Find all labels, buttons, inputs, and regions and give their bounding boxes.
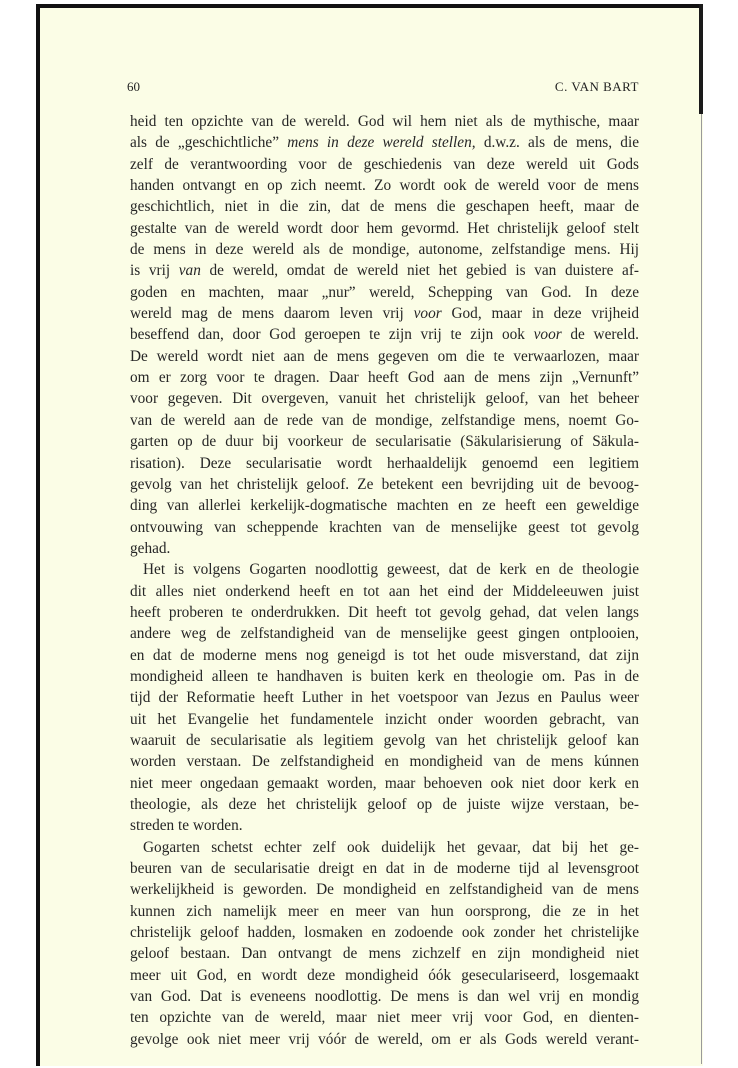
text-line: Het is volgens Gogarten noodlottig gewee… [130,559,639,580]
text-segment: d.w.z. als de mens, die [476,134,639,151]
text-segment: ding van allerlei kerkelijk-dogmatische … [130,497,639,514]
text-segment: gevolge ook niet meer vrij vóór de werel… [130,1031,639,1048]
text-segment: waaruit de secularisatie als legitiem ge… [130,732,639,749]
text-segment: heeft proberen te onderdrukken. Dit heef… [130,604,639,621]
text-line: van God. Dat is eveneens noodlottig. De … [130,986,639,1007]
text-line: geloof bestaan. Dan ontvangt de mens zic… [130,943,639,964]
text-line: gevolg van het christelijk geloof. Ze be… [130,474,639,495]
text-segment: werkelijkheid is geworden. De mondigheid… [130,881,639,898]
text-line: goden en machten, maar „nur” wereld, Sch… [130,282,639,303]
text-segment: is vrij [130,262,179,279]
text-segment: en dat de moderne mens nog geneigd is to… [130,647,639,664]
text-line: kunnen zich namelijk meer en meer van hu… [130,901,639,922]
text-segment: ontvouwing van scheppende krachten van d… [130,519,639,536]
text-segment: beuren van de secularisatie dreigt en da… [130,860,639,877]
text-segment: risation). Deze secularisatie wordt herh… [130,455,639,472]
page-edge-top-right [699,4,703,114]
running-head: 60 C. VAN BART [127,79,639,97]
text-segment: garten op de duur bij voorkeur de secula… [130,433,639,450]
text-line: tijd der Reformatie heeft Luther in het … [130,687,639,708]
text-line: meer uit God, en wordt deze mondigheid ó… [130,965,639,986]
text-segment: van de wereld aan de rede van de mondige… [130,412,639,429]
text-line: christelijk geloof hadden, losmaken en z… [130,922,639,943]
italic-text: voor [534,326,562,343]
text-segment: de wereld, omdat de wereld niet het gebi… [201,262,639,279]
text-segment: geschichtlich, niet in die zin, dat de m… [130,198,639,215]
text-line: als de „geschichtliche” mens in deze wer… [130,132,639,153]
text-line: ten opzichte van de wereld, maar niet me… [130,1007,639,1028]
text-segment: niet meer ongedaan gemaakt worden, maar … [130,775,639,792]
text-segment: andere weg de zelfstandigheid van de men… [130,625,639,642]
text-segment: worden verstaan. De zelfstandigheid en m… [130,753,639,770]
text-line: gehad. [130,538,639,559]
page-edge-right [701,114,702,1064]
text-segment: kunnen zich namelijk meer en meer van hu… [130,903,639,920]
text-line: worden verstaan. De zelfstandigheid en m… [130,751,639,772]
text-line: gestalte van de wereld wordt door hem ge… [130,218,639,239]
text-segment: wereld mag de mens daarom leven vrij [130,305,414,322]
italic-text: mens in deze wereld stellen, [287,134,475,151]
text-segment: ten opzichte van de wereld, maar niet me… [130,1009,639,1026]
text-segment: de wereld. [562,326,639,343]
text-segment: van God. Dat is eveneens noodlottig. De … [130,988,639,1005]
text-line: ontvouwing van scheppende krachten van d… [130,517,639,538]
text-line: wereld mag de mens daarom leven vrij voo… [130,303,639,324]
text-line: heeft proberen te onderdrukken. Dit heef… [130,602,639,623]
text-line: uit het Evangelie het fundamentele inzic… [130,709,639,730]
page-number: 60 [127,79,140,95]
body-text: heid ten opzichte van de wereld. God wil… [130,111,639,1050]
text-line: streden te worden. [130,815,639,836]
text-line: dit alles niet onderkend heeft en tot aa… [130,581,639,602]
text-line: niet meer ongedaan gemaakt worden, maar … [130,773,639,794]
text-segment: gevolg van het christelijk geloof. Ze be… [130,476,639,493]
text-line: theologie, als deze het christelijk gelo… [130,794,639,815]
text-line: mondigheid alleen te handhaven is buiten… [130,666,639,687]
text-line: beseffend dan, door God geroepen te zijn… [130,324,639,345]
text-segment: theologie, als deze het christelijk gelo… [130,796,639,813]
text-segment: handen ontvangt en op zich neemt. Zo wor… [130,177,639,194]
text-segment: uit het Evangelie het fundamentele inzic… [130,711,639,728]
text-segment: tijd der Reformatie heeft Luther in het … [130,689,639,706]
italic-text: voor [414,305,442,322]
running-head-author: C. VAN BART [555,79,639,95]
text-segment: heid ten opzichte van de wereld. God wil… [130,113,639,130]
text-segment: zelf de verantwoording voor de geschiede… [130,156,639,173]
text-segment: streden te worden. [130,817,243,834]
text-line: waaruit de secularisatie als legitiem ge… [130,730,639,751]
text-line: de mens in deze wereld als de mondige, a… [130,239,639,260]
text-line: gevolge ook niet meer vrij vóór de werel… [130,1029,639,1050]
text-segment: de mens in deze wereld als de mondige, a… [130,241,639,258]
italic-text: van [179,262,201,279]
text-line: zelf de verantwoording voor de geschiede… [130,154,639,175]
text-segment: Gogarten schetst echter zelf ook duideli… [143,839,639,856]
text-segment: voor gegeven. Dit overgeven, vanuit het … [130,390,639,407]
text-line: garten op de duur bij voorkeur de secula… [130,431,639,452]
text-line: van de wereld aan de rede van de mondige… [130,410,639,431]
text-segment: God, maar in deze vrijheid [442,305,639,322]
text-line: beuren van de secularisatie dreigt en da… [130,858,639,879]
text-line: en dat de moderne mens nog geneigd is to… [130,645,639,666]
text-segment: geloof bestaan. Dan ontvangt de mens zic… [130,945,639,962]
text-line: heid ten opzichte van de wereld. God wil… [130,111,639,132]
text-segment: gehad. [130,540,170,557]
text-line: ding van allerlei kerkelijk-dogmatische … [130,495,639,516]
text-segment: Het is volgens Gogarten noodlottig gewee… [143,561,639,578]
text-segment: als de „geschichtliche” [130,134,287,151]
text-line: om er zorg voor te dragen. Daar heeft Go… [130,367,639,388]
text-line: voor gegeven. Dit overgeven, vanuit het … [130,388,639,409]
text-line: andere weg de zelfstandigheid van de men… [130,623,639,644]
text-segment: dit alles niet onderkend heeft en tot aa… [130,583,639,600]
text-segment: om er zorg voor te dragen. Daar heeft Go… [130,369,639,386]
text-line: is vrij van de wereld, omdat de wereld n… [130,260,639,281]
text-line: geschichtlich, niet in die zin, dat de m… [130,196,639,217]
text-segment: meer uit God, en wordt deze mondigheid ó… [130,967,639,984]
text-segment: gestalte van de wereld wordt door hem ge… [130,220,639,237]
text-segment: goden en machten, maar „nur” wereld, Sch… [130,284,639,301]
text-line: Gogarten schetst echter zelf ook duideli… [130,837,639,858]
text-segment: mondigheid alleen te handhaven is buiten… [130,668,639,685]
text-segment: christelijk geloof hadden, losmaken en z… [130,924,639,941]
text-line: risation). Deze secularisatie wordt herh… [130,453,639,474]
text-segment: beseffend dan, door God geroepen te zijn… [130,326,534,343]
text-line: werkelijkheid is geworden. De mondigheid… [130,879,639,900]
text-line: handen ontvangt en op zich neemt. Zo wor… [130,175,639,196]
text-segment: De wereld wordt niet aan de mens gegeven… [130,348,639,365]
text-line: De wereld wordt niet aan de mens gegeven… [130,346,639,367]
